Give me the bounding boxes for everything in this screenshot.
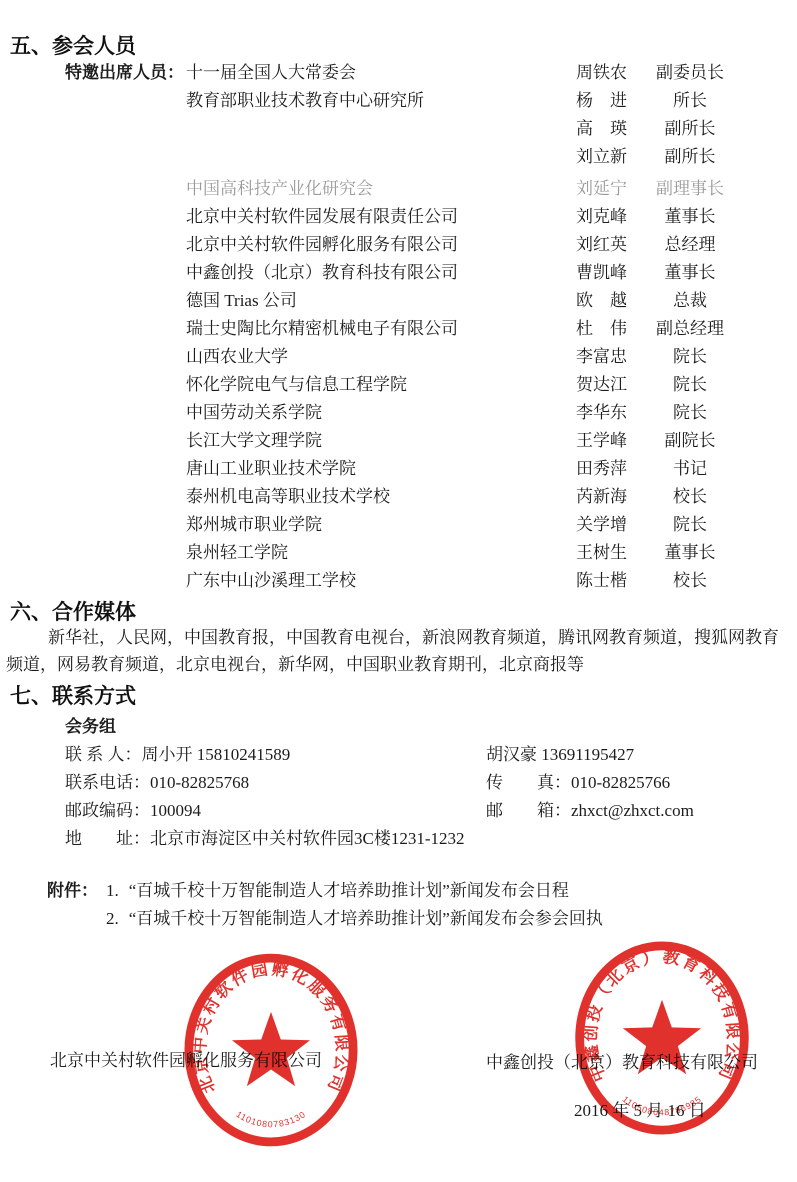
attendee-list: 特邀出席人员：十一届全国人大常委会周铁农副委员长教育部职业技术教育中心研究所杨 … [0,58,797,594]
right-seal-number: 110508048785985 [620,1094,703,1118]
attendee-organization: 长江大学文理学院 [186,426,322,451]
document-page: 五、参会人员 特邀出席人员：十一届全国人大常委会周铁农副委员长教育部职业技术教育… [0,0,797,1182]
attendee-row: 北京中关村软件园孵化服务有限公司刘红英总经理 [0,230,797,258]
committee-group-label: 会务组 [65,712,116,737]
contact-person-right: 胡汉豪 13691195427 [486,740,634,765]
attendee-row: 高 瑛副所长 [0,114,797,142]
attachments-block: 附件：1.“百城千校十万智能制造人才培养助推计划”新闻发布会日程 2.“百城千校… [47,876,603,932]
attendee-title: 总经理 [644,230,736,255]
attendee-name: 杨 进 [576,86,644,111]
attendee-row: 郑州城市职业学院关学增院长 [0,510,797,538]
attendee-row: 中国劳动关系学院李华东院长 [0,398,797,426]
attendee-title: 董事长 [644,202,736,227]
attachment-title: “百城千校十万智能制造人才培养助推计划”新闻发布会日程 [129,881,569,900]
attendee-row: 刘立新副所长 [0,142,797,170]
contact-row: 地 址：北京市海淀区中关村软件园3C楼1231-1232 [0,824,797,852]
attendee-row: 中国高科技产业化研究会刘延宁副理事长 [0,174,797,202]
attendee-name: 李华东 [576,398,644,423]
attendee-title: 副院长 [644,426,736,451]
attendee-organization: 瑞士史陶比尔精密机械电子有限公司 [186,314,458,339]
contact-fax: 传 真：010-82825766 [486,768,670,793]
contact-person-left: 联 系 人：周小开 15810241589 [65,740,290,765]
attendee-row: 北京中关村软件园发展有限责任公司刘克峰董事长 [0,202,797,230]
contact-row: 联系电话：010-82825768 传 真：010-82825766 [0,768,797,796]
attendee-name: 王学峰 [576,426,644,451]
svg-text:1101080783130: 1101080783130 [234,1109,307,1129]
attendee-organization: 北京中关村软件园发展有限责任公司 [186,202,458,227]
attendee-row: 德国 Trias 公司欧 越总裁 [0,286,797,314]
attachment-item: 附件：1.“百城千校十万智能制造人才培养助推计划”新闻发布会日程 [47,876,603,904]
attachment-number: 1. [106,881,119,900]
attachment-number: 2. [106,909,119,928]
attachments-label: 附件： [47,881,98,900]
attendee-name: 王树生 [576,538,644,563]
contact-row: 联 系 人：周小开 15810241589 胡汉豪 13691195427 [0,740,797,768]
attendee-title: 总裁 [644,286,736,311]
attendee-name: 杜 伟 [576,314,644,339]
contact-row: 邮政编码：100094 邮 箱：zhxct@zhxct.com [0,796,797,824]
section6-heading: 六、合作媒体 [10,596,136,626]
attendee-organization: 中国劳动关系学院 [186,398,322,423]
attendee-title: 董事长 [644,538,736,563]
attendee-organization: 泰州机电高等职业技术学校 [186,482,390,507]
attendee-title: 院长 [644,342,736,367]
attendee-title: 副委员长 [644,58,736,83]
attendee-row: 长江大学文理学院王学峰副院长 [0,426,797,454]
attendee-title: 副所长 [644,114,736,139]
attendee-title: 书记 [644,454,736,479]
attendee-name: 芮新海 [576,482,644,507]
attendee-organization: 怀化学院电气与信息工程学院 [186,370,407,395]
attendee-title: 副总经理 [644,314,736,339]
attendee-name: 曹凯峰 [576,258,644,283]
attendee-organization: 德国 Trias 公司 [186,286,297,311]
attendee-organization: 十一届全国人大常委会 [186,58,356,83]
attendee-organization: 北京中关村软件园孵化服务有限公司 [186,230,458,255]
attendee-organization: 广东中山沙溪理工学校 [186,566,356,591]
attendee-row: 广东中山沙溪理工学校陈士楷校长 [0,566,797,594]
attendee-row: 怀化学院电气与信息工程学院贺达江院长 [0,370,797,398]
left-seal-number: 1101080783130 [234,1109,307,1129]
left-company-seal: 北京中关村软件园孵化服务有限公司 1101080783130 [183,952,359,1148]
attendee-title: 校长 [644,566,736,591]
section5-heading: 五、参会人员 [10,30,136,60]
attendee-name: 贺达江 [576,370,644,395]
attendee-name: 李富忠 [576,342,644,367]
attendee-title: 院长 [644,510,736,535]
attendee-row: 中鑫创投（北京）教育科技有限公司曹凯峰董事长 [0,258,797,286]
contact-phone: 联系电话：010-82825768 [65,768,249,793]
attendee-row: 泰州机电高等职业技术学校芮新海校长 [0,482,797,510]
attendee-title: 校长 [644,482,736,507]
attendee-name: 周铁农 [576,58,644,83]
attendee-name: 刘克峰 [576,202,644,227]
media-paragraph: 新华社，人民网，中国教育报，中国教育电视台，新浪网教育频道，腾讯网教育频道，搜狐… [6,624,792,678]
attendee-row: 教育部职业技术教育中心研究所杨 进所长 [0,86,797,114]
attendee-name: 陈士楷 [576,566,644,591]
attendee-name: 欧 越 [576,286,644,311]
attachment-title: “百城千校十万智能制造人才培养助推计划”新闻发布会参会回执 [129,909,603,928]
contact-postcode: 邮政编码：100094 [65,796,201,821]
attendee-organization: 中国高科技产业化研究会 [186,174,373,199]
attendee-name: 刘延宁 [576,174,644,199]
attendee-row: 唐山工业职业技术学院田秀萍书记 [0,454,797,482]
attendee-title: 所长 [644,86,736,111]
attendee-organization: 教育部职业技术教育中心研究所 [186,86,424,111]
attendee-organization: 山西农业大学 [186,342,288,367]
attendee-organization: 泉州轻工学院 [186,538,288,563]
attendee-row: 山西农业大学李富忠院长 [0,342,797,370]
attendee-name: 刘红英 [576,230,644,255]
invited-guests-label: 特邀出席人员： [65,58,184,83]
attendee-title: 院长 [644,398,736,423]
attendee-name: 关学增 [576,510,644,535]
contact-email: 邮 箱：zhxct@zhxct.com [486,796,694,821]
attachment-item: 2.“百城千校十万智能制造人才培养助推计划”新闻发布会参会回执 [98,904,603,932]
attendee-name: 高 瑛 [576,114,644,139]
attendee-organization: 唐山工业职业技术学院 [186,454,356,479]
svg-text:110508048785985: 110508048785985 [620,1094,703,1118]
contact-block: 联 系 人：周小开 15810241589 胡汉豪 13691195427 联系… [0,740,797,852]
attendee-organization: 郑州城市职业学院 [186,510,322,535]
attendee-name: 刘立新 [576,142,644,167]
attendee-title: 副所长 [644,142,736,167]
attendee-row: 瑞士史陶比尔精密机械电子有限公司杜 伟副总经理 [0,314,797,342]
attendee-title: 院长 [644,370,736,395]
star-icon [623,1000,701,1074]
contact-address: 地 址：北京市海淀区中关村软件园3C楼1231-1232 [65,824,465,849]
attendee-organization: 中鑫创投（北京）教育科技有限公司 [186,258,458,283]
attendee-row: 特邀出席人员：十一届全国人大常委会周铁农副委员长 [0,58,797,86]
attendee-name: 田秀萍 [576,454,644,479]
attendee-title: 董事长 [644,258,736,283]
attendee-title: 副理事长 [644,174,736,199]
right-company-seal: 中鑫创投（北京）教育科技有限公司 110508048785985 [570,940,754,1136]
attendee-row: 泉州轻工学院王树生董事长 [0,538,797,566]
section7-heading: 七、联系方式 [10,680,136,710]
star-icon [232,1012,310,1086]
